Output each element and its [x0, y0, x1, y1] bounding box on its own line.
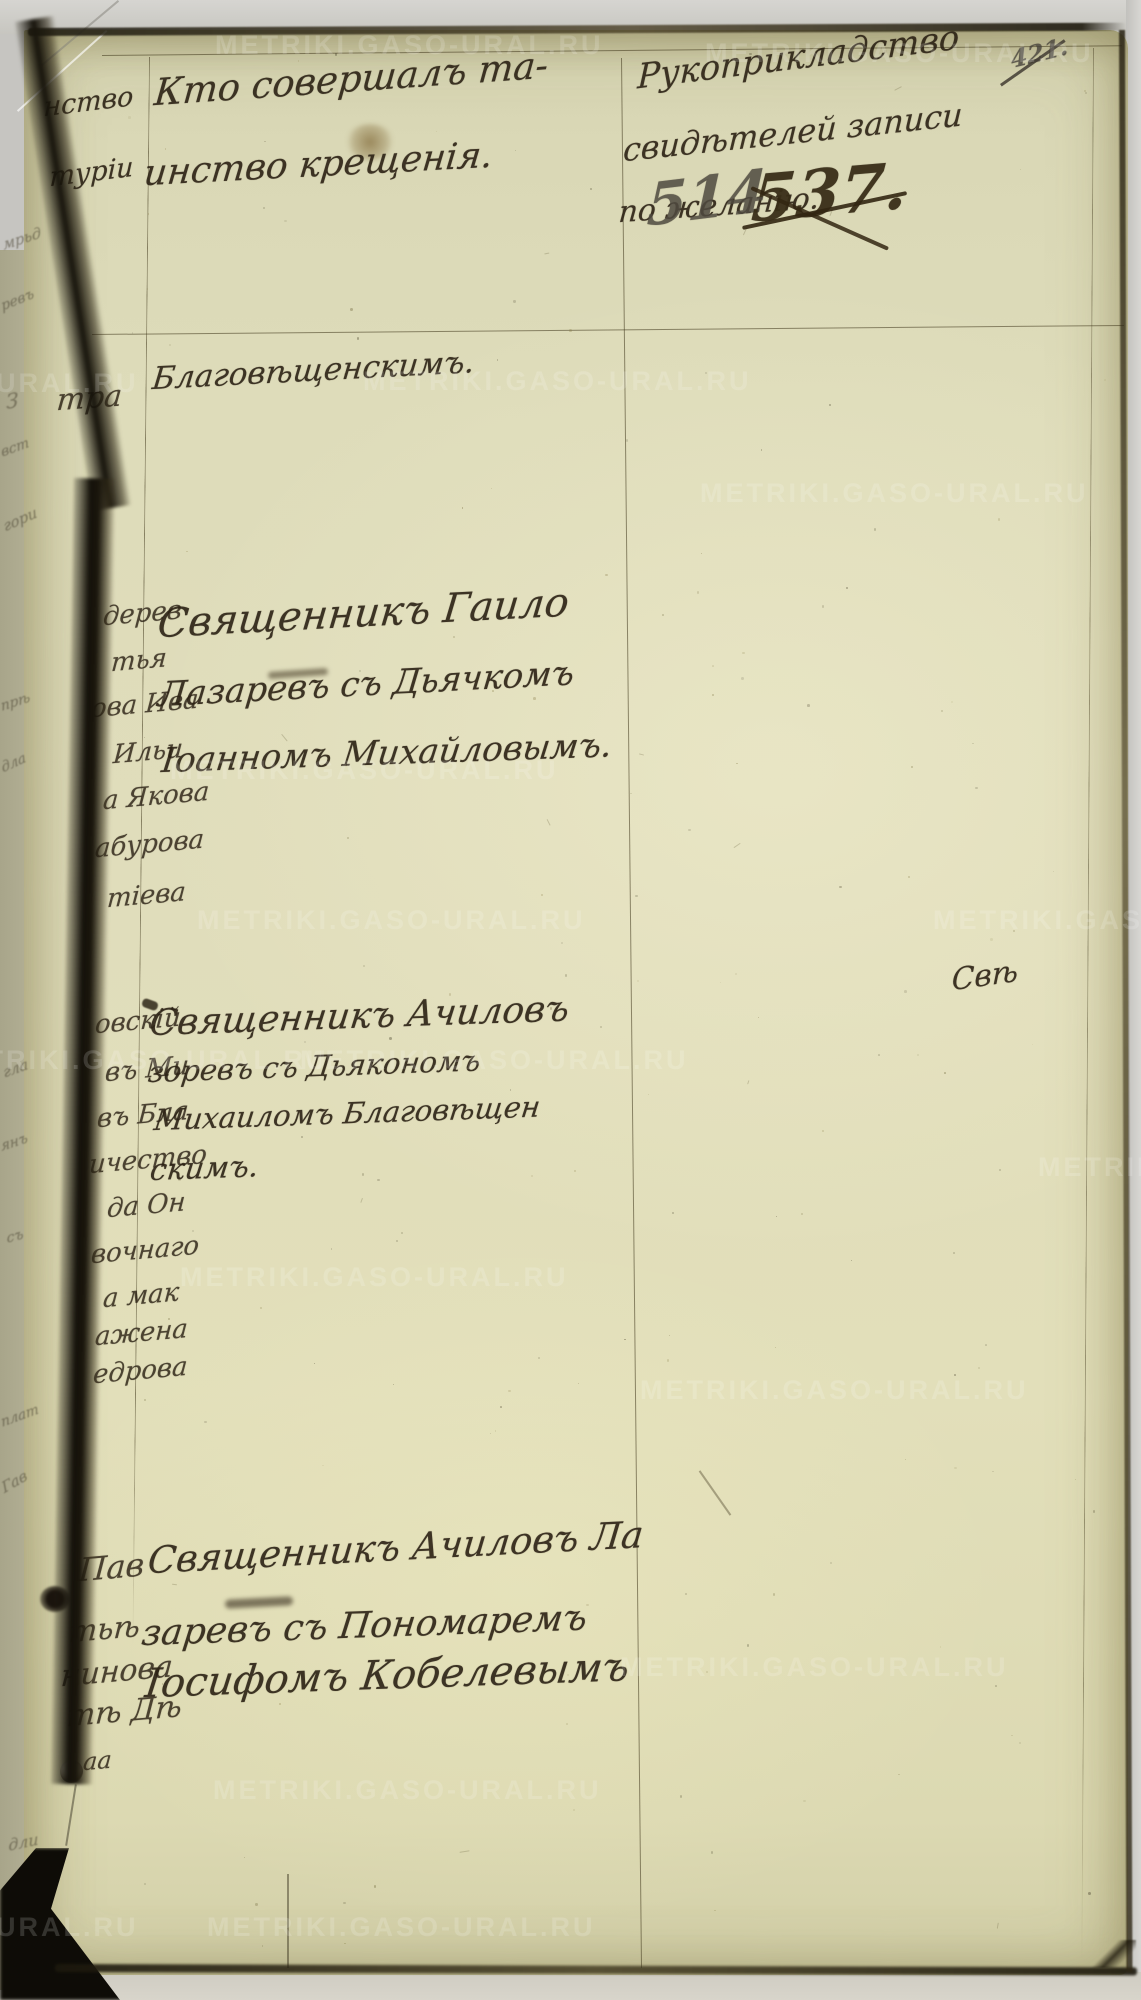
site-watermark: METRIKI.GASO-URAL.RU — [1038, 1152, 1141, 1183]
paper-speck — [462, 507, 463, 508]
paper-speck — [630, 793, 632, 795]
paper-speck — [635, 895, 637, 897]
paper-speck — [569, 329, 572, 332]
paper-speck — [807, 704, 810, 707]
paper-speck — [975, 787, 977, 789]
paper-speck — [347, 837, 349, 839]
paper-speck — [132, 332, 133, 333]
site-watermark: METRIKI.GASO-URAL.RU — [933, 905, 1141, 936]
scanner-background-bottom — [0, 1972, 1141, 2000]
paper-speck — [590, 188, 592, 190]
paper-speck — [453, 636, 455, 638]
paper-speck — [801, 1213, 803, 1215]
paper-speck — [637, 980, 639, 982]
paper-speck — [917, 1054, 919, 1056]
paper-speck — [343, 1902, 346, 1905]
paper-speck — [995, 1685, 997, 1687]
paper-speck — [985, 1344, 987, 1346]
paper-speck — [898, 1774, 900, 1776]
paper-speck — [531, 1175, 533, 1177]
paper-speck — [374, 1885, 377, 1888]
paper-speck — [515, 150, 516, 151]
record-2-col1-line: тіева — [106, 879, 187, 912]
site-watermark: METRIKI.GASO-URAL.RU — [197, 905, 585, 936]
paper-speck — [147, 288, 149, 290]
paper-speck — [128, 116, 131, 119]
paper-speck — [377, 1179, 380, 1182]
paper-speck — [279, 1703, 281, 1705]
paper-speck — [1088, 1892, 1091, 1895]
paper-speck — [144, 1883, 146, 1885]
site-watermark: METRIKI.GASO-URAL.RU — [180, 1262, 568, 1293]
paper-speck — [260, 1307, 261, 1308]
paper-speck — [972, 743, 973, 744]
paper-speck — [186, 551, 187, 552]
paper-speck — [904, 990, 907, 993]
paper-speck — [436, 131, 437, 132]
paper-speck — [605, 574, 608, 577]
paper-speck — [389, 1037, 392, 1040]
paper-speck — [878, 1054, 880, 1056]
record-3-col2-line: скимъ. — [148, 1152, 260, 1186]
paper-speck — [255, 1903, 257, 1905]
left-margin-scribble: съ — [6, 1228, 24, 1247]
paper-speck — [541, 894, 543, 896]
site-watermark: METRIKI.GASO-URAL.RU — [215, 30, 603, 61]
site-watermark: METRIKI.GASO-URAL.RU — [170, 755, 558, 786]
record-3-col1-line: ажена — [94, 1316, 189, 1350]
paper-speck — [533, 697, 536, 700]
paper-speck — [712, 665, 714, 667]
paper-speck — [874, 528, 876, 530]
site-watermark: METRIKI.GASO-URAL.RU — [705, 38, 1093, 69]
paper-fiber — [172, 1583, 177, 1585]
paper-speck — [262, 1945, 263, 1946]
record-2-col1-line: тья — [110, 645, 168, 676]
paper-speck — [667, 1359, 669, 1361]
site-watermark: METRIKI.GASO-URAL.RU — [0, 1045, 328, 1076]
paper-speck — [830, 1562, 832, 1564]
site-watermark: METRIKI.GASO-URAL.RU — [0, 1912, 138, 1943]
record-3-col1-line: едрова — [92, 1354, 188, 1389]
paper-speck — [775, 1347, 776, 1348]
paper-speck — [362, 1173, 365, 1176]
paper-speck — [1104, 379, 1106, 381]
paper-speck — [944, 1072, 946, 1074]
page-corner-curl-bottom-right — [1088, 1940, 1136, 1968]
paper-speck — [761, 449, 762, 450]
paper-speck — [773, 1593, 775, 1595]
paper-speck — [401, 1232, 402, 1233]
record-3-col1-line: а мак — [102, 1279, 180, 1312]
paper-speck — [538, 1357, 540, 1359]
paper-speck — [662, 614, 664, 616]
site-watermark: METRIKI.GASO-URAL.RU — [207, 1912, 595, 1943]
record-3-col1-line: да Он — [106, 1189, 186, 1222]
paper-speck — [396, 1240, 398, 1242]
paper-speck — [999, 1169, 1001, 1171]
paper-speck — [990, 938, 993, 941]
paper-speck — [626, 439, 629, 442]
paper-speck — [688, 829, 690, 831]
paper-speck — [954, 1467, 957, 1470]
site-watermark: METRIKI.GASO-URAL.RU — [700, 478, 1088, 509]
site-watermark: METRIKI.GASO-URAL.RU — [640, 1375, 1028, 1406]
site-watermark: METRIKI.GASO-URAL.RU — [620, 1652, 1008, 1683]
site-watermark: METRIKI.GASO-URAL.RU — [0, 368, 138, 399]
archival-scan-page: нствотуріиКто совершалъ та-инство крещен… — [0, 0, 1141, 2000]
paper-speck — [1019, 1742, 1021, 1744]
paper-speck — [363, 965, 365, 967]
paper-speck — [301, 1136, 303, 1138]
record-3-col3-line: Свѣ — [951, 957, 1018, 997]
paper-speck — [953, 1252, 955, 1254]
paper-speck — [513, 300, 515, 302]
site-watermark: METRIKI.GASO-URAL.RU — [213, 1775, 601, 1806]
paper-speck — [490, 1433, 491, 1434]
paper-speck — [998, 518, 1001, 521]
paper-speck — [148, 213, 150, 215]
site-watermark: METRIKI.GASO-URAL.RU — [300, 1045, 688, 1076]
paper-speck — [357, 337, 360, 340]
site-watermark: METRIKI.GASO-URAL.RU — [363, 366, 751, 397]
paper-speck — [350, 308, 353, 311]
paper-speck — [393, 1384, 394, 1385]
paper-speck — [992, 1471, 993, 1472]
paper-speck — [566, 1723, 568, 1725]
